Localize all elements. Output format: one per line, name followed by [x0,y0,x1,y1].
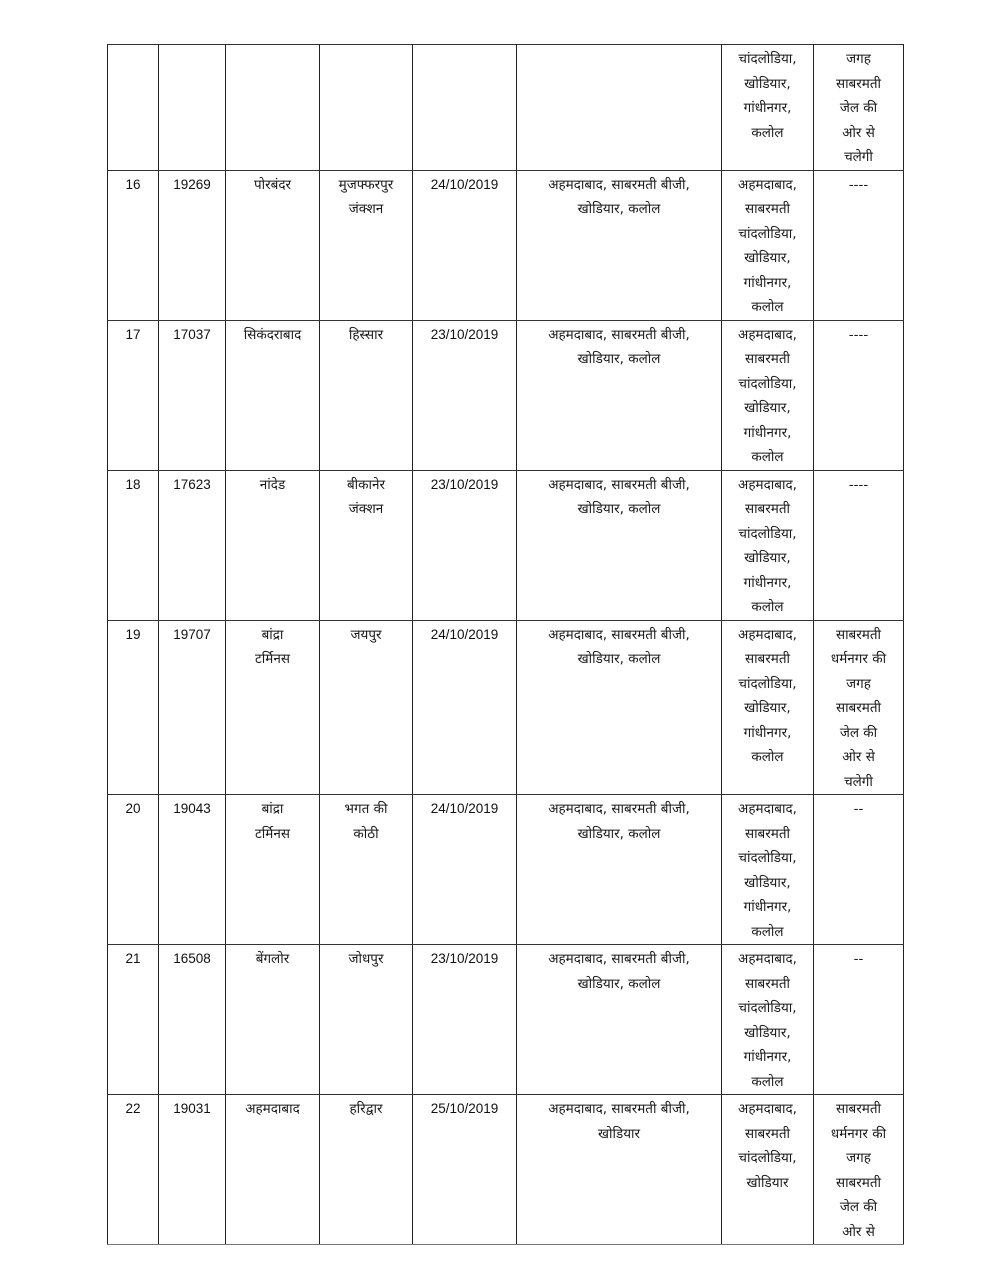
to-station-line: जोधपुर [323,947,409,972]
revised-stoppages-line: गांधीनगर, [725,271,810,296]
serial-number-cell: 19 [108,620,159,795]
existing-stoppages-line: खोडियार, कलोल [520,972,718,997]
existing-stoppages-line: अहमदाबाद, साबरमती बीजी, [520,797,718,822]
serial-number-cell: 21 [108,945,159,1095]
existing-stoppages-cell: अहमदाबाद, साबरमती बीजी,खोडियार [517,1095,722,1245]
serial-number-cell: 18 [108,470,159,620]
revised-stoppages-line: कलोल [725,920,810,945]
revised-stoppages-line: अहमदाबाद, [725,797,810,822]
revised-stoppages-line: चांदलोडिया, [725,846,810,871]
from-station-line: अहमदाबाद [229,1097,316,1122]
table-row: 1817623नांदेडबीकानेरजंक्शन23/10/2019अहमद… [108,470,904,620]
revised-stoppages-line: कलोल [725,745,810,770]
revised-stoppages-line: चांदलोडिया, [725,372,810,397]
remarks-cell: ---- [814,470,904,620]
train-number-cell: 19043 [159,795,226,945]
revised-stoppages-line: खोडियार, [725,72,810,97]
revised-stoppages-cell: अहमदाबाद,साबरमतीचांदलोडिया,खोडियार,गांधी… [722,795,814,945]
table-body: चांदलोडिया,खोडियार,गांधीनगर,कलोलजगहसाबरम… [108,45,904,1245]
remarks-line: साबरमती [817,696,900,721]
remarks-line: ---- [817,473,900,498]
revised-stoppages-line: खोडियार, [725,546,810,571]
remarks-line: जगह [817,672,900,697]
revised-stoppages-line: चांदलोडिया, [725,996,810,1021]
remarks-line: -- [817,947,900,972]
revised-stoppages-line: साबरमती [725,347,810,372]
revised-stoppages-cell: अहमदाबाद,साबरमतीचांदलोडिया,खोडियार,गांधी… [722,470,814,620]
remarks-line: ओर से [817,745,900,770]
from-station-cell: बेंगलोर [226,945,320,1095]
revised-stoppages-line: चांदलोडिया, [725,1146,810,1171]
revised-stoppages-line: गांधीनगर, [725,1045,810,1070]
from-station-cell: पोरबंदर [226,170,320,320]
revised-stoppages-line: खोडियार, [725,1021,810,1046]
revised-stoppages-cell: अहमदाबाद,साबरमतीचांदलोडिया,खोडियार,गांधी… [722,320,814,470]
remarks-cell: साबरमतीधर्मनगर कीजगहसाबरमतीजेल कीओर सेचल… [814,620,904,795]
revised-stoppages-line: साबरमती [725,497,810,522]
revised-stoppages-line: गांधीनगर, [725,571,810,596]
from-station-cell: बांद्राटर्मिनस [226,795,320,945]
remarks-cell: ---- [814,170,904,320]
revised-stoppages-line: चांदलोडिया, [725,522,810,547]
revised-stoppages-line: अहमदाबाद, [725,623,810,648]
remarks-line: जेल की [817,1195,900,1220]
table-row: 1717037सिकंदराबादहिस्सार23/10/2019अहमदाब… [108,320,904,470]
to-station-cell: हिस्सार [320,320,413,470]
existing-stoppages-line: अहमदाबाद, साबरमती बीजी, [520,173,718,198]
revised-stoppages-line: चांदलोडिया, [725,672,810,697]
table-row: 2219031अहमदाबादहरिद्वार25/10/2019अहमदाबा… [108,1095,904,1245]
existing-stoppages-cell [517,45,722,171]
revised-stoppages-line: अहमदाबाद, [725,473,810,498]
date-cell: 24/10/2019 [413,795,517,945]
to-station-cell: हरिद्वार [320,1095,413,1245]
revised-stoppages-line: कलोल [725,445,810,470]
remarks-line: ---- [817,173,900,198]
remarks-line: जेल की [817,96,900,121]
date-cell: 23/10/2019 [413,470,517,620]
existing-stoppages-line: अहमदाबाद, साबरमती बीजी, [520,947,718,972]
from-station-line: नांदेड [229,473,316,498]
existing-stoppages-cell: अहमदाबाद, साबरमती बीजी,खोडियार, कलोल [517,470,722,620]
from-station-line: टर्मिनस [229,822,316,847]
from-station-cell [226,45,320,171]
existing-stoppages-cell: अहमदाबाद, साबरमती बीजी,खोडियार, कलोल [517,945,722,1095]
remarks-line: चलेगी [817,145,900,170]
from-station-line: पोरबंदर [229,173,316,198]
remarks-line: जेल की [817,721,900,746]
remarks-cell: -- [814,795,904,945]
revised-stoppages-line: खोडियार, [725,396,810,421]
from-station-cell: सिकंदराबाद [226,320,320,470]
existing-stoppages-cell: अहमदाबाद, साबरमती बीजी,खोडियार, कलोल [517,620,722,795]
remarks-line: धर्मनगर की [817,647,900,672]
from-station-line: टर्मिनस [229,647,316,672]
existing-stoppages-line: खोडियार, कलोल [520,822,718,847]
table-row: 2116508बेंगलोरजोधपुर23/10/2019अहमदाबाद, … [108,945,904,1095]
revised-stoppages-line: चांदलोडिया, [725,47,810,72]
remarks-line: ओर से [817,1220,900,1245]
to-station-line: हिस्सार [323,323,409,348]
remarks-line: ---- [817,323,900,348]
existing-stoppages-line: अहमदाबाद, साबरमती बीजी, [520,323,718,348]
date-cell [413,45,517,171]
revised-stoppages-line: साबरमती [725,197,810,222]
revised-stoppages-line: अहमदाबाद, [725,947,810,972]
to-station-cell: जोधपुर [320,945,413,1095]
from-station-line: बांद्रा [229,797,316,822]
table-row: 2019043बांद्राटर्मिनसभगत कीकोठी24/10/201… [108,795,904,945]
to-station-line: मुजफ्फरपुर [323,173,409,198]
remarks-cell: जगहसाबरमतीजेल कीओर सेचलेगी [814,45,904,171]
train-number-cell: 19269 [159,170,226,320]
revised-stoppages-line: साबरमती [725,972,810,997]
revised-stoppages-line: गांधीनगर, [725,895,810,920]
revised-stoppages-line: कलोल [725,595,810,620]
to-station-line: बीकानेर [323,473,409,498]
revised-stoppages-cell: चांदलोडिया,खोडियार,गांधीनगर,कलोल [722,45,814,171]
revised-stoppages-line: साबरमती [725,647,810,672]
revised-stoppages-cell: अहमदाबाद,साबरमतीचांदलोडिया,खोडियार,गांधी… [722,620,814,795]
from-station-line: बेंगलोर [229,947,316,972]
revised-stoppages-line: गांधीनगर, [725,96,810,121]
from-station-line: बांद्रा [229,623,316,648]
table-row: 1619269पोरबंदरमुजफ्फरपुरजंक्शन24/10/2019… [108,170,904,320]
to-station-cell: बीकानेरजंक्शन [320,470,413,620]
revised-stoppages-cell: अहमदाबाद,साबरमतीचांदलोडिया,खोडियार,गांधी… [722,945,814,1095]
remarks-cell: -- [814,945,904,1095]
remarks-line: साबरमती [817,72,900,97]
to-station-cell: मुजफ्फरपुरजंक्शन [320,170,413,320]
revised-stoppages-line: खोडियार, [725,696,810,721]
existing-stoppages-line: खोडियार [520,1122,718,1147]
existing-stoppages-line: खोडियार, कलोल [520,647,718,672]
serial-number-cell: 22 [108,1095,159,1245]
revised-stoppages-line: चांदलोडिया, [725,222,810,247]
remarks-line: धर्मनगर की [817,1122,900,1147]
remarks-line: साबरमती [817,623,900,648]
remarks-line: साबरमती [817,1097,900,1122]
train-stoppage-table: चांदलोडिया,खोडियार,गांधीनगर,कलोलजगहसाबरम… [107,44,904,1245]
to-station-cell: भगत कीकोठी [320,795,413,945]
table-row: 1919707बांद्राटर्मिनसजयपुर24/10/2019अहमद… [108,620,904,795]
existing-stoppages-line: अहमदाबाद, साबरमती बीजी, [520,1097,718,1122]
train-number-cell: 17037 [159,320,226,470]
from-station-cell: अहमदाबाद [226,1095,320,1245]
revised-stoppages-line: गांधीनगर, [725,721,810,746]
revised-stoppages-cell: अहमदाबाद,साबरमतीचांदलोडिया,खोडियार [722,1095,814,1245]
existing-stoppages-cell: अहमदाबाद, साबरमती बीजी,खोडियार, कलोल [517,320,722,470]
existing-stoppages-cell: अहमदाबाद, साबरमती बीजी,खोडियार, कलोल [517,170,722,320]
table-row: चांदलोडिया,खोडियार,गांधीनगर,कलोलजगहसाबरम… [108,45,904,171]
train-number-cell: 19707 [159,620,226,795]
remarks-cell: साबरमतीधर्मनगर कीजगहसाबरमतीजेल कीओर से [814,1095,904,1245]
from-station-cell: नांदेड [226,470,320,620]
revised-stoppages-line: गांधीनगर, [725,421,810,446]
serial-number-cell [108,45,159,171]
revised-stoppages-line: खोडियार [725,1171,810,1196]
to-station-line: कोठी [323,822,409,847]
existing-stoppages-line: खोडियार, कलोल [520,197,718,222]
to-station-line: जयपुर [323,623,409,648]
revised-stoppages-cell: अहमदाबाद,साबरमतीचांदलोडिया,खोडियार,गांधी… [722,170,814,320]
remarks-cell: ---- [814,320,904,470]
remarks-line: चलेगी [817,770,900,795]
to-station-cell: जयपुर [320,620,413,795]
existing-stoppages-cell: अहमदाबाद, साबरमती बीजी,खोडियार, कलोल [517,795,722,945]
from-station-cell: बांद्राटर्मिनस [226,620,320,795]
remarks-line: -- [817,797,900,822]
existing-stoppages-line: अहमदाबाद, साबरमती बीजी, [520,473,718,498]
remarks-line: जगह [817,1146,900,1171]
revised-stoppages-line: साबरमती [725,822,810,847]
from-station-line: सिकंदराबाद [229,323,316,348]
remarks-line: ओर से [817,121,900,146]
date-cell: 23/10/2019 [413,945,517,1095]
date-cell: 24/10/2019 [413,620,517,795]
serial-number-cell: 17 [108,320,159,470]
revised-stoppages-line: साबरमती [725,1122,810,1147]
train-number-cell: 17623 [159,470,226,620]
train-number-cell: 16508 [159,945,226,1095]
train-number-cell [159,45,226,171]
document-page: चांदलोडिया,खोडियार,गांधीनगर,कलोलजगहसाबरम… [0,0,989,1280]
existing-stoppages-line: अहमदाबाद, साबरमती बीजी, [520,623,718,648]
serial-number-cell: 16 [108,170,159,320]
serial-number-cell: 20 [108,795,159,945]
to-station-line: जंक्शन [323,497,409,522]
remarks-line: जगह [817,47,900,72]
revised-stoppages-line: कलोल [725,295,810,320]
existing-stoppages-line: खोडियार, कलोल [520,497,718,522]
date-cell: 25/10/2019 [413,1095,517,1245]
to-station-cell [320,45,413,171]
date-cell: 24/10/2019 [413,170,517,320]
existing-stoppages-line: खोडियार, कलोल [520,347,718,372]
revised-stoppages-line: कलोल [725,1070,810,1095]
date-cell: 23/10/2019 [413,320,517,470]
to-station-line: जंक्शन [323,197,409,222]
revised-stoppages-line: कलोल [725,121,810,146]
to-station-line: भगत की [323,797,409,822]
revised-stoppages-line: खोडियार, [725,246,810,271]
to-station-line: हरिद्वार [323,1097,409,1122]
revised-stoppages-line: अहमदाबाद, [725,173,810,198]
train-number-cell: 19031 [159,1095,226,1245]
revised-stoppages-line: अहमदाबाद, [725,323,810,348]
remarks-line: साबरमती [817,1171,900,1196]
revised-stoppages-line: अहमदाबाद, [725,1097,810,1122]
revised-stoppages-line: खोडियार, [725,871,810,896]
